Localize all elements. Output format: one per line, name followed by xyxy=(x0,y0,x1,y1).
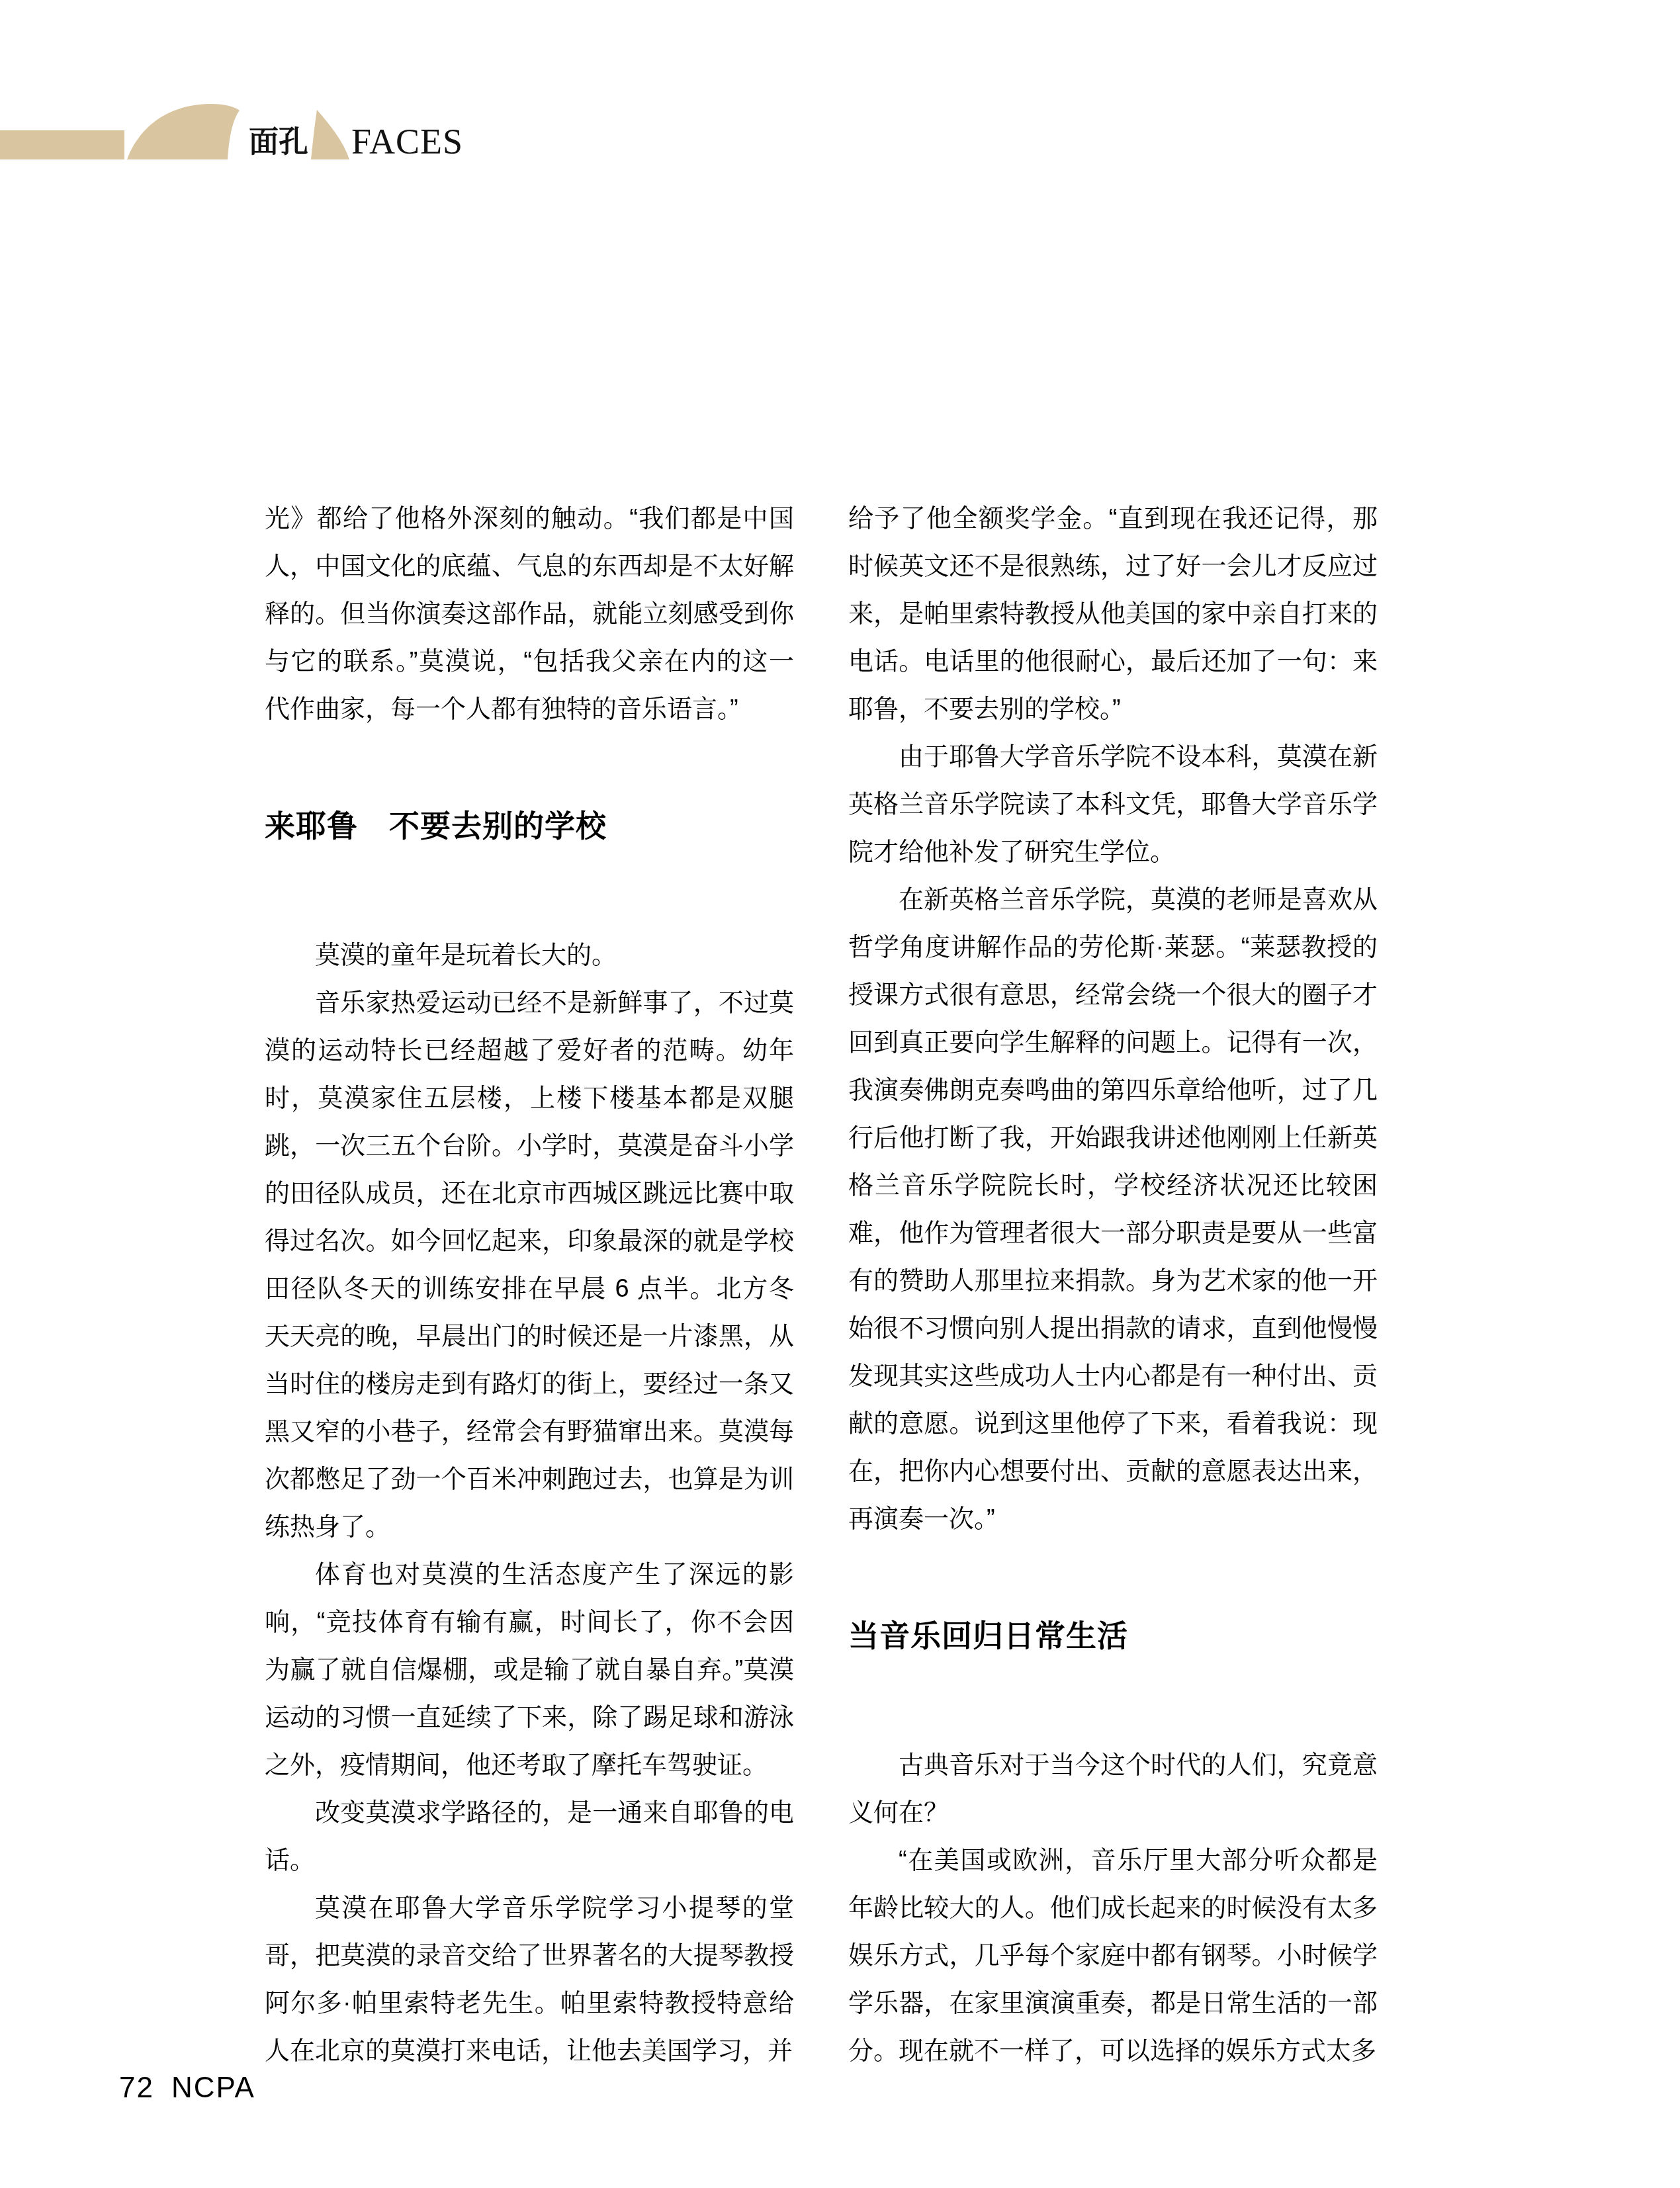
article-column-right: 给予了他全额奖学金。“直到现在我还记得，那时候英文还不是很熟练，过了好一会儿才反… xyxy=(848,495,1378,2075)
header-crescent-swoosh-shape xyxy=(311,110,349,159)
article-column-left: 光》都给了他格外深刻的触动。“我们都是中国人，中国文化的底蕴、气息的东西却是不太… xyxy=(265,495,794,2075)
article-paragraph: 在新英格兰音乐学院，莫漠的老师是喜欢从哲学角度讲解作品的劳伦斯·莱瑟。“莱瑟教授… xyxy=(848,876,1378,1543)
article-paragraph: 改变莫漠求学路径的，是一通来自耶鲁的电话。 xyxy=(265,1789,794,1884)
article-paragraph: 莫漠在耶鲁大学音乐学院学习小提琴的堂哥，把莫漠的录音交给了世界著名的大提琴教授阿… xyxy=(265,1884,794,2075)
article-paragraph: 光》都给了他格外深刻的触动。“我们都是中国人，中国文化的底蕴、气息的东西却是不太… xyxy=(265,495,794,733)
article-paragraph: 古典音乐对于当今这个时代的人们，究竟意义何在？ xyxy=(848,1741,1378,1837)
section-heading: 来耶鲁 不要去别的学校 xyxy=(265,807,794,844)
section-title-english: FACES xyxy=(351,123,463,160)
section-title-chinese: 面孔 xyxy=(249,127,308,157)
article-paragraph: 由于耶鲁大学音乐学院不设本科，莫漠在新英格兰音乐学院读了本科文凭，耶鲁大学音乐学… xyxy=(848,733,1378,876)
article-paragraph: 体育也对莫漠的生活态度产生了深远的影响，“竞技体育有输有赢，时间长了，你不会因为… xyxy=(265,1551,794,1789)
page-footer: 72NCPA xyxy=(119,2072,255,2104)
magazine-brand: NCPA xyxy=(171,2072,255,2104)
article-paragraph: 音乐家热爱运动已经不是新鲜事了，不过莫漠的运动特长已经超越了爱好者的范畴。幼年时… xyxy=(265,979,794,1551)
section-heading: 当音乐回归日常生活 xyxy=(848,1617,1378,1654)
article-paragraph: 莫漠的童年是玩着长大的。 xyxy=(265,932,794,979)
article-paragraph: 给予了他全额奖学金。“直到现在我还记得，那时候英文还不是很熟练，过了好一会儿才反… xyxy=(848,495,1378,733)
header-bar-shape xyxy=(0,130,124,159)
article-paragraph: “在美国或欧洲，音乐厅里大部分听众都是年龄比较大的人。他们成长起来的时候没有太多… xyxy=(848,1837,1378,2075)
page-number: 72 xyxy=(119,2072,154,2104)
magazine-page: 面孔 FACES 光》都给了他格外深刻的触动。“我们都是中国人，中国文化的底蕴、… xyxy=(0,0,1680,2188)
header-dome-shape xyxy=(127,104,240,159)
